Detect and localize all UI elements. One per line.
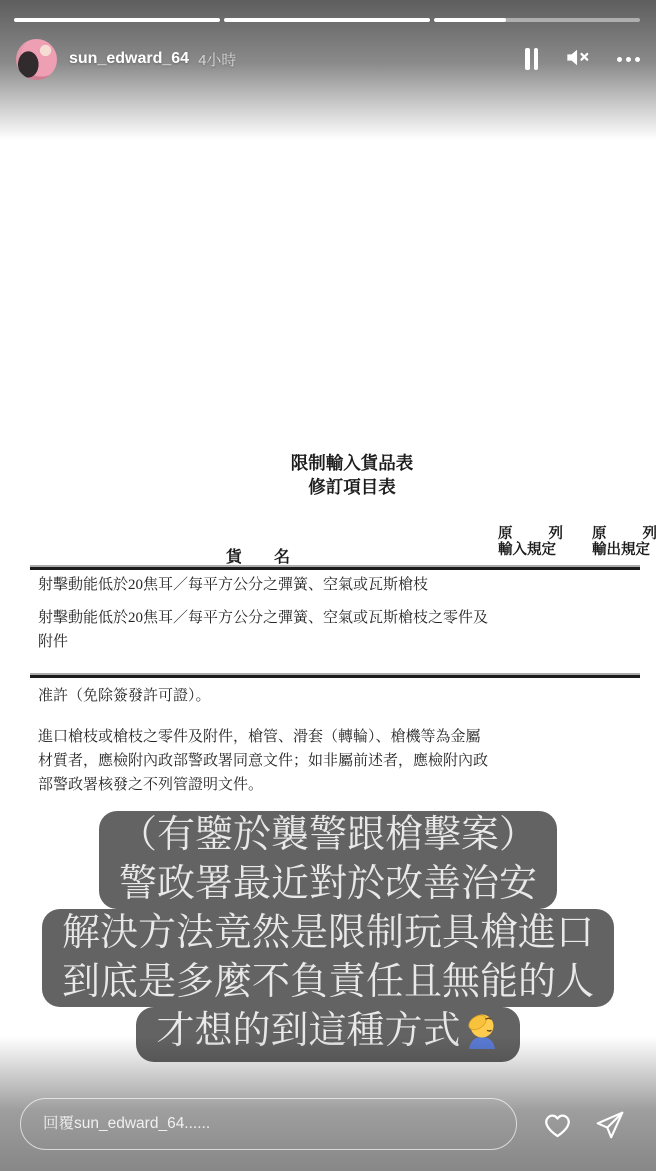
- document-title: 限制輸入貨品表 修訂項目表: [152, 452, 552, 499]
- caption-block-1: （有鑒於襲警跟槍擊案） 警政署最近對於改善治安: [99, 811, 557, 909]
- progress-segment-3: [434, 18, 640, 22]
- table-row-line1: 射擊動能低於20焦耳／每平方公分之彈簧、空氣或瓦斯槍枝之零件及: [38, 606, 538, 630]
- man-facepalming-emoji: [464, 1011, 500, 1062]
- speaker-muted-icon: [564, 46, 591, 72]
- story-progress-bar: [14, 18, 640, 22]
- table-row: 射擊動能低於20焦耳／每平方公分之彈簧、空氣或瓦斯槍枝: [38, 573, 428, 597]
- table-row-line2: 附件: [38, 630, 538, 654]
- regulation-line3: 部警政署核發之不列管證明文件。: [38, 773, 548, 797]
- username[interactable]: sun_edward_64: [69, 50, 189, 68]
- ellipsis-icon: [617, 57, 640, 62]
- instagram-story-viewer: 限制輸入貨品表 修訂項目表 貨 名 原 列 輸入規定 原 列 輸出規定 射擊動能…: [0, 0, 656, 1171]
- regulation-paragraph: 進口槍枝或槍枝之零件及附件，槍管、滑套（轉輪）、槍機等為金屬 材質者，應檢附內政…: [38, 725, 548, 797]
- document-title-line2: 修訂項目表: [152, 476, 552, 500]
- permit-note: 准許（免除簽發許可證）。: [38, 684, 211, 708]
- caption-line: 到底是多麼不負責任且無能的人: [62, 958, 594, 1007]
- avatar[interactable]: [16, 39, 57, 80]
- regulation-line1: 進口槍枝或槍枝之零件及附件，槍管、滑套（轉輪）、槍機等為金屬: [38, 725, 548, 749]
- table-row: 射擊動能低於20焦耳／每平方公分之彈簧、空氣或瓦斯槍枝之零件及 附件: [38, 606, 538, 654]
- reply-field-container[interactable]: [20, 1098, 517, 1150]
- footer-controls: [542, 1081, 624, 1171]
- table-header-import-top: 原 列: [498, 527, 563, 543]
- caption-line: （有鑒於襲警跟槍擊案）: [119, 811, 537, 860]
- pause-button[interactable]: [525, 48, 538, 70]
- table-header-import-column: 原 列 輸入規定: [498, 527, 563, 558]
- like-button[interactable]: [542, 1110, 573, 1142]
- progress-segment-1: [14, 18, 220, 22]
- progress-segment-3-fill: [434, 18, 506, 22]
- table-rule-bottom: [30, 675, 640, 678]
- share-button[interactable]: [596, 1111, 624, 1142]
- pause-icon: [525, 48, 538, 70]
- table-header-goods-name: 貨 名: [226, 544, 290, 567]
- caption-line: 才想的到這種方式: [156, 1010, 460, 1052]
- story-footer: [0, 1081, 656, 1171]
- table-header-import-bottom: 輸入規定: [498, 543, 563, 559]
- story-header: sun_edward_64 4小時: [16, 38, 640, 80]
- progress-segment-2: [224, 18, 430, 22]
- header-controls: [525, 46, 640, 72]
- regulation-line2: 材質者，應檢附內政部警政署同意文件；如非屬前述者，應檢附內政: [38, 749, 548, 773]
- caption-line: 解決方法竟然是限制玩具槍進口: [62, 909, 594, 958]
- caption-block-3: 才想的到這種方式: [136, 1007, 519, 1062]
- caption-line: 警政署最近對於改善治安: [119, 860, 537, 909]
- paper-plane-icon: [596, 1111, 624, 1142]
- story-caption: （有鑒於襲警跟槍擊案） 警政署最近對於改善治安 解決方法竟然是限制玩具槍進口 到…: [0, 811, 656, 1062]
- table-header-export-column: 原 列 輸出規定: [592, 527, 656, 558]
- more-options-button[interactable]: [617, 57, 640, 62]
- heart-icon: [542, 1110, 573, 1142]
- mute-button[interactable]: [564, 46, 591, 72]
- table-header-export-top: 原 列: [592, 527, 656, 543]
- reply-input[interactable]: [21, 1115, 516, 1133]
- table-header-export-bottom: 輸出規定: [592, 543, 656, 559]
- story-timestamp: 4小時: [198, 49, 236, 70]
- document-title-line1: 限制輸入貨品表: [152, 452, 552, 476]
- table-rule-top: [30, 567, 640, 570]
- caption-block-2: 解決方法竟然是限制玩具槍進口 到底是多麼不負責任且無能的人: [42, 909, 614, 1007]
